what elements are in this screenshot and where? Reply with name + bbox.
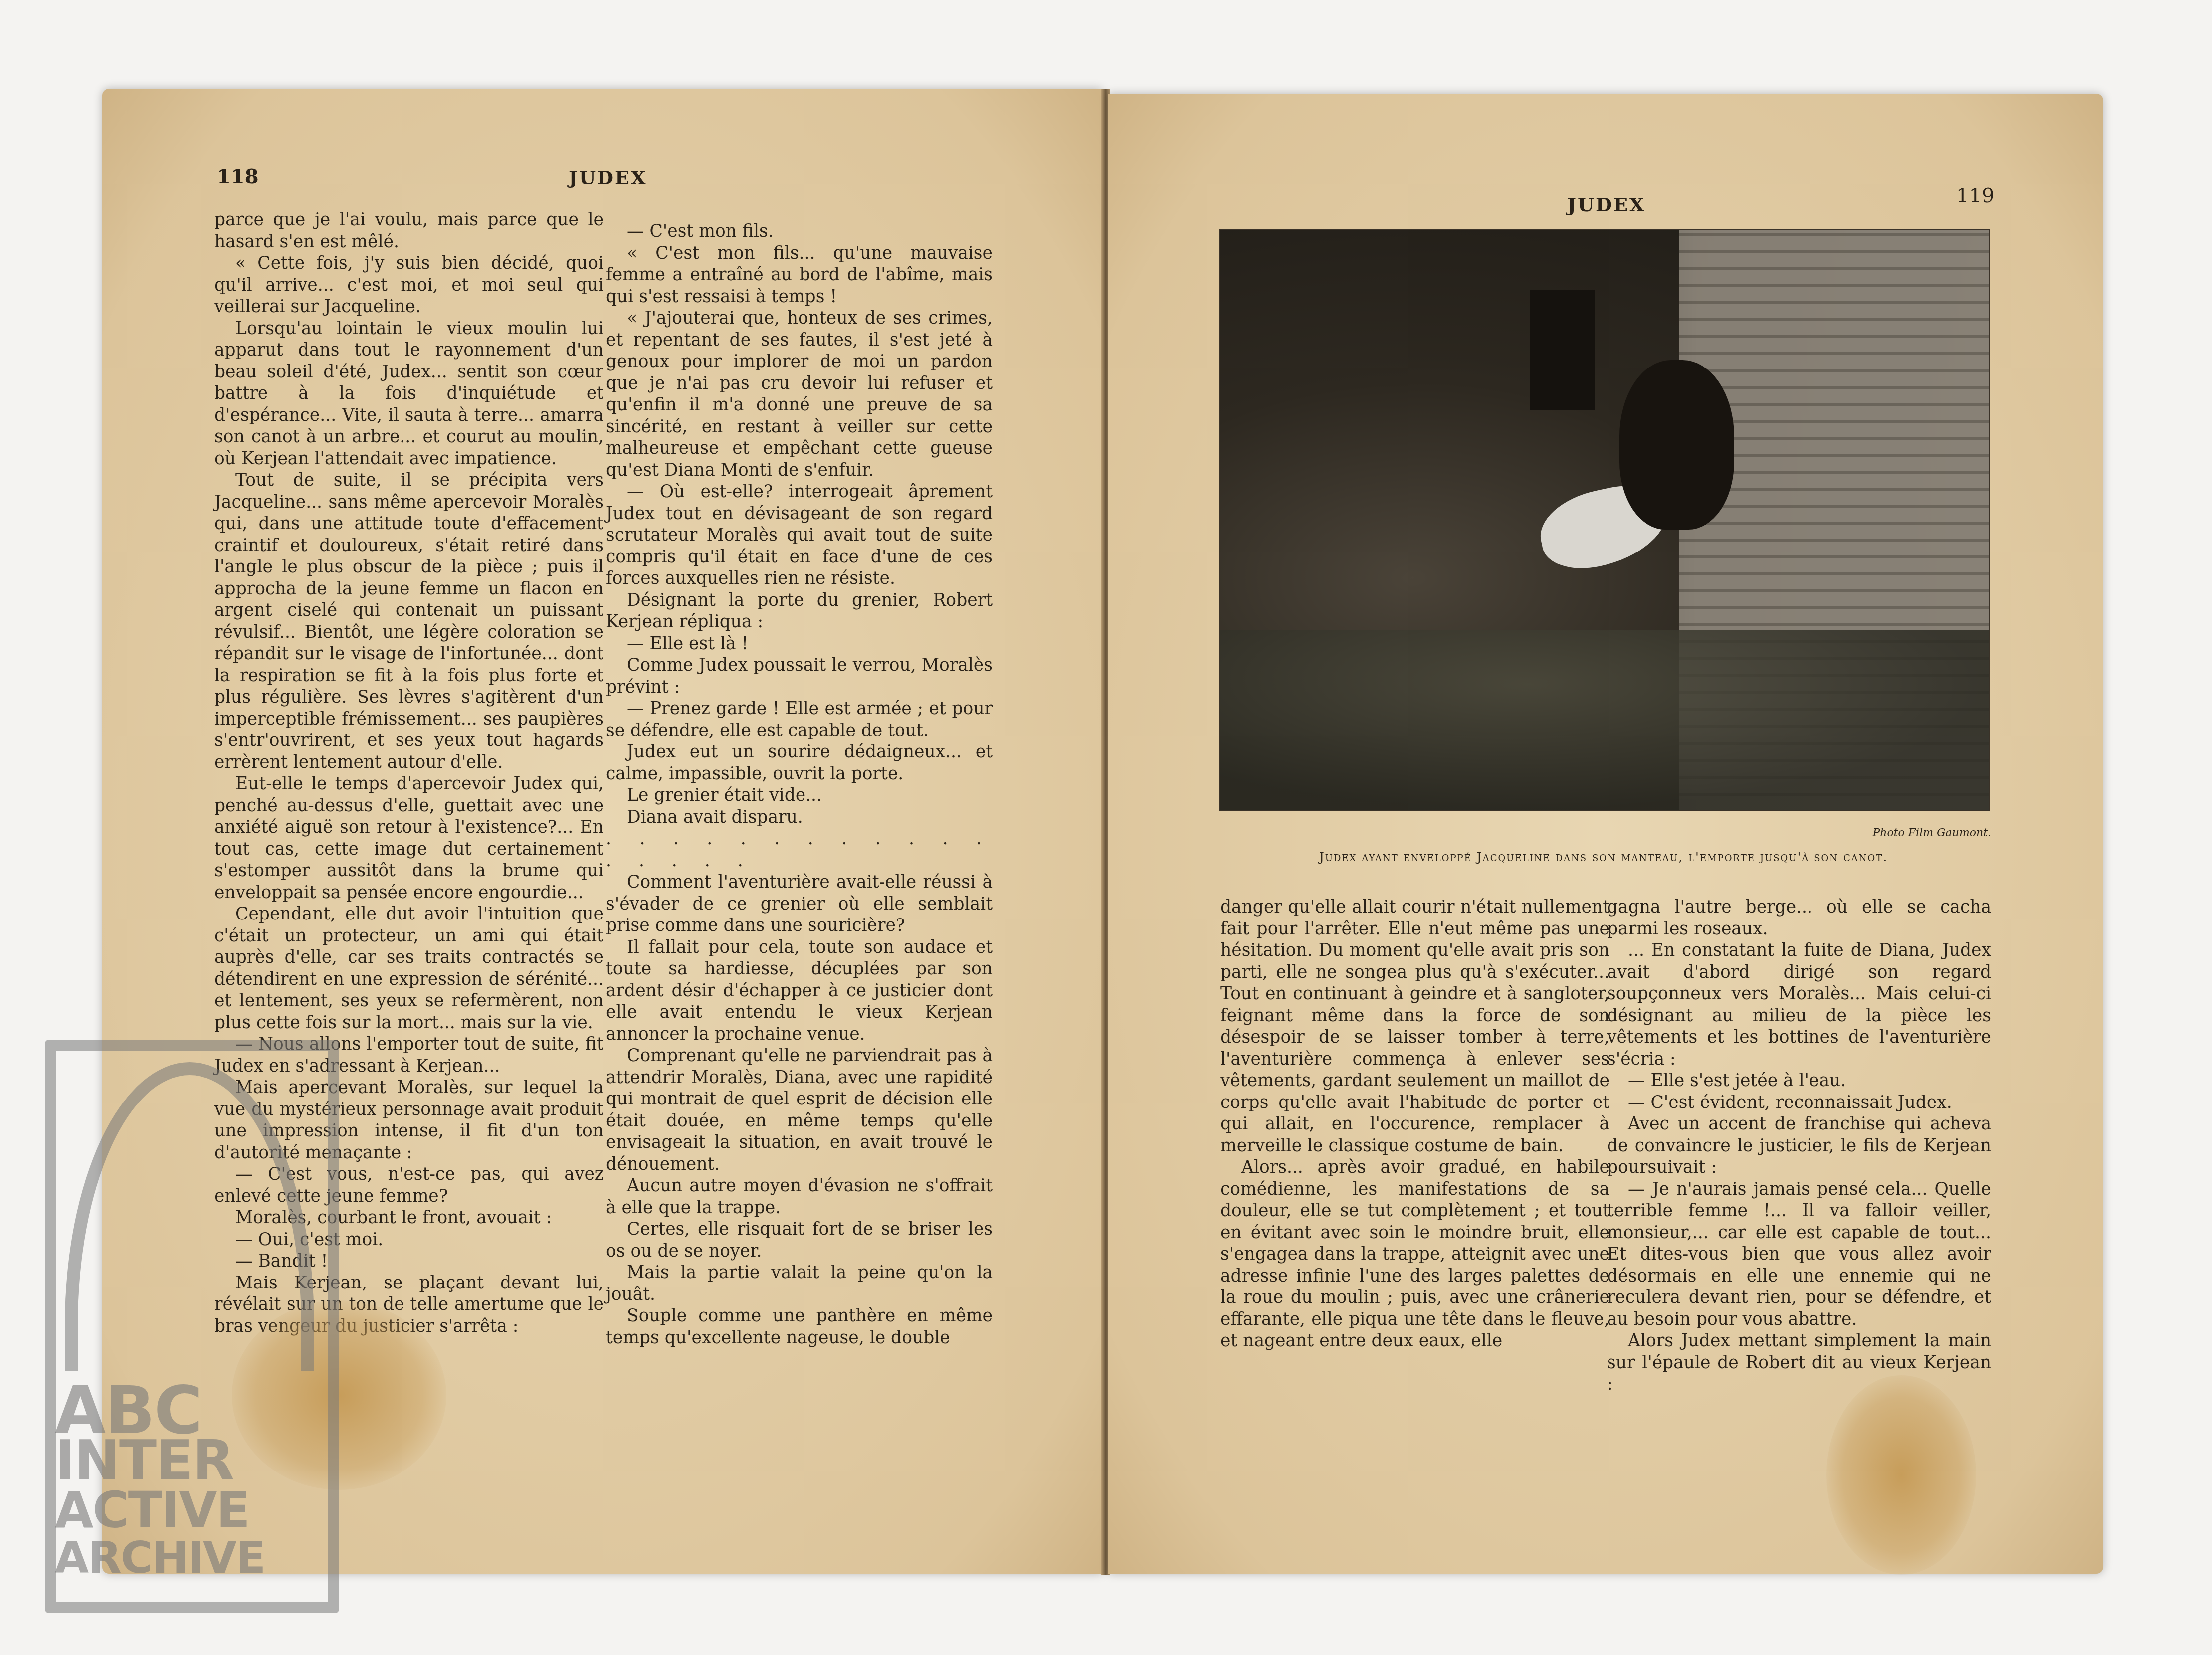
paragraph: Mais la partie valait la peine qu'on la … — [606, 1262, 993, 1305]
running-head: JUDEX — [1567, 193, 1646, 216]
paragraph: Il fallait pour cela, toute son audace e… — [606, 937, 993, 1046]
paragraph: Certes, elle risquait fort de se briser … — [606, 1219, 993, 1262]
doorway — [1530, 290, 1595, 410]
paragraph: Avec un accent de franchise qui acheva d… — [1607, 1113, 1991, 1179]
photo-credit: Photo Film Gaumont. — [1873, 827, 1991, 839]
paragraph: Tout de suite, il se précipita vers Jacq… — [214, 470, 603, 773]
film-still-photo — [1219, 229, 1990, 811]
paragraph: « Cette fois, j'y suis bien décidé, quoi… — [214, 253, 603, 318]
page-number: 118 — [217, 165, 259, 188]
paragraph: — C'est évident, reconnaissait Judex. — [1607, 1092, 1991, 1114]
paragraph: ... En constatant la fuite de Diana, Jud… — [1607, 940, 1991, 1070]
paragraph: Diana avait disparu. — [606, 807, 993, 829]
text-column-1: danger qu'elle allait courir n'était nul… — [1220, 897, 1609, 1352]
paragraph: — Prenez garde ! Elle est armée ; et pou… — [606, 698, 993, 741]
paragraph: — C'est mon fils. — [606, 221, 993, 243]
paragraph: « J'ajouterai que, honteux de ses crimes… — [606, 308, 993, 481]
water-stain — [1826, 1375, 1976, 1575]
paragraph: Alors... après avoir gradué, en habile c… — [1220, 1157, 1609, 1352]
paragraph: Aucun autre moyen d'évasion ne s'offrait… — [606, 1175, 993, 1219]
paragraph: — Elle s'est jetée à l'eau. — [1607, 1070, 1991, 1092]
paragraph: Comme Judex poussait le verrou, Moralès … — [606, 655, 993, 698]
paragraph: Lorsqu'au lointain le vieux moulin lui a… — [214, 318, 603, 470]
paragraph: parce que je l'ai voulu, mais parce que … — [214, 209, 603, 253]
right-page: JUDEX 119 Photo Film Gaumont. Judex ayan… — [1108, 94, 2103, 1574]
running-head: JUDEX — [569, 166, 647, 188]
figure-cloak — [1619, 360, 1734, 530]
paragraph: Souple comme une panthère en même temps … — [606, 1305, 993, 1349]
page-number: 119 — [1956, 184, 1994, 207]
paragraph: Comprenant qu'elle ne parviendrait pas à… — [606, 1045, 993, 1175]
paragraph: — Elle est là ! — [606, 633, 993, 655]
watermark-line-4: ARCHIVE — [55, 1523, 265, 1592]
paragraph: Eut-elle le temps d'apercevoir Judex qui… — [214, 773, 603, 904]
foliage — [1220, 630, 1989, 810]
paragraph: Cependant, elle dut avoir l'intuition qu… — [214, 904, 603, 1034]
paragraph: Comment l'aventurière avait-elle réussi … — [606, 872, 993, 937]
text-column-2: gagna l'autre berge... où elle se cacha … — [1607, 897, 1991, 1396]
photo-caption: Judex ayant enveloppé Jacqueline dans so… — [1219, 850, 1988, 864]
paragraph: Le grenier était vide... — [606, 785, 993, 807]
paragraph: . . . . . . . . . . . . . . . . . — [606, 828, 993, 872]
paragraph: — Je n'aurais jamais pensé cela... Quell… — [1607, 1179, 1991, 1331]
paragraph: Désignant la porte du grenier, Robert Ke… — [606, 590, 993, 633]
paragraph: Judex eut un sourire dédaigneux... et ca… — [606, 741, 993, 785]
paragraph: danger qu'elle allait courir n'était nul… — [1220, 897, 1609, 1157]
paragraph: gagna l'autre berge... où elle se cacha … — [1607, 897, 1991, 940]
text-column-2: — C'est mon fils.« C'est mon fils... qu'… — [606, 221, 993, 1349]
paragraph: — Où est-elle? interrogeait âprement Jud… — [606, 481, 993, 590]
paragraph: « C'est mon fils... qu'une mauvaise femm… — [606, 243, 993, 308]
